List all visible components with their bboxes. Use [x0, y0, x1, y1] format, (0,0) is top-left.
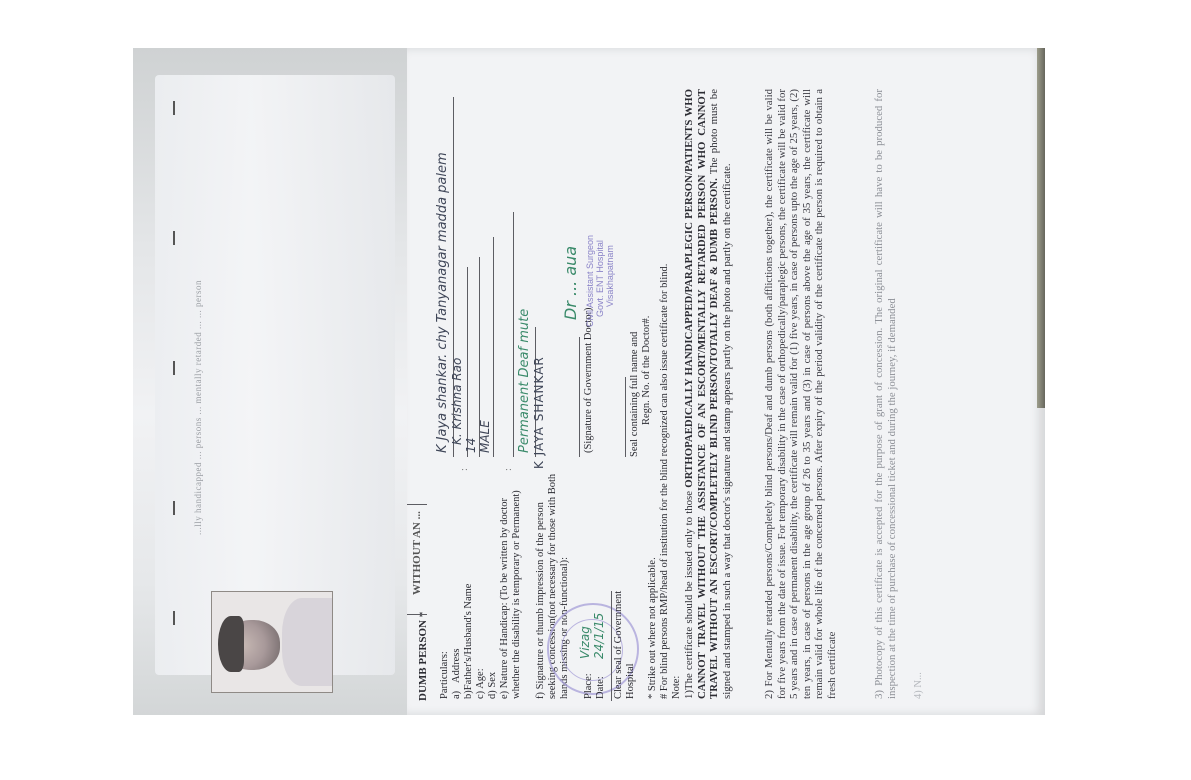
govt-hospital-seal-label: Clear seal of Government Hospital — [613, 569, 637, 699]
field-a-label: a) Address — [451, 649, 463, 699]
date-label: Date: — [595, 676, 607, 699]
field-e-label: e) Nature of Handicap: (To be written by… — [499, 489, 523, 699]
header-divider — [407, 504, 427, 505]
note-label: Note: — [671, 676, 683, 699]
colon: : — [503, 468, 515, 471]
laminated-flap: ...lly handicapped ... persons ... menta… — [133, 48, 413, 715]
sex-line — [493, 237, 494, 457]
photo-shirt — [282, 598, 332, 686]
father-name-line — [467, 267, 468, 457]
particulars-label: Particulars: — [439, 651, 451, 699]
flap-faint-text: ...lly handicapped ... persons ... menta… — [193, 135, 203, 535]
place-label: Place: — [583, 673, 595, 699]
applicant-photo — [211, 591, 333, 693]
note-3: 3) Photocopy of this certificate is acce… — [873, 89, 898, 699]
doctor-signature: Dr ... aua — [565, 246, 577, 320]
fold-mark — [173, 231, 175, 245]
header-dumb-person: DUMB PERSON * — [417, 612, 429, 701]
govt-doctor-signature-label: (Signature of Government Doctor) — [583, 308, 595, 454]
date-line — [611, 591, 612, 701]
seal-line — [625, 377, 626, 457]
signature-value: K JAYA SHANKAR — [533, 356, 545, 469]
nature-line — [513, 212, 514, 457]
handicap-value: Permanent Deaf mute — [519, 309, 531, 453]
doctor-stamp-line-2: Govt. ENT Hospital — [595, 240, 605, 317]
note-2: 2) For Mentally retarded persons/Complet… — [763, 89, 839, 699]
blind-persons-note: # For blind persons RMP/head of institut… — [659, 264, 671, 699]
father-name-value: K. Krishna Rao — [451, 358, 463, 445]
strike-out-note: * Strike out where not applicable. — [647, 557, 659, 699]
colon: : — [459, 468, 471, 471]
doctor-stamp-line-1: Civil Assistant Surgeon — [585, 235, 595, 327]
signature-line — [579, 337, 580, 457]
fold-mark — [173, 501, 175, 515]
photo-hair — [218, 616, 244, 672]
flap-inner — [155, 75, 395, 675]
seal-label-2: Regn. No. of the Doctor#. — [641, 316, 653, 425]
place-value: Vizag — [579, 626, 591, 659]
certificate-page: DUMB PERSON * WITHOUT AN ... Particulars… — [407, 48, 1045, 715]
seal-label-1: Seal containing full name and — [629, 332, 641, 457]
certificate-document: ...lly handicapped ... persons ... menta… — [133, 48, 1045, 715]
field-d-label: d) Sex — [487, 672, 499, 699]
document-photo: ...lly handicapped ... persons ... menta… — [133, 48, 1045, 715]
fold-mark — [173, 101, 175, 115]
note-4-fragment: 4) N... — [913, 672, 925, 699]
sex-value: MALE — [479, 420, 491, 453]
address-value: K Jaya shankar. chy Tanyanagar madda pal… — [437, 152, 449, 453]
table-edge-shadow — [1037, 48, 1045, 408]
fold-mark — [173, 361, 175, 375]
header-divider — [407, 614, 427, 615]
age-value: 14 — [465, 438, 477, 453]
field-c-label: c) Age: — [475, 668, 487, 699]
fold-mark — [173, 611, 175, 625]
header-without-an: WITHOUT AN ... — [411, 511, 423, 595]
doctor-stamp-line-3: Visakhapatnam — [605, 245, 615, 307]
field-b-label: b)Father's/Husband's Name — [463, 584, 475, 699]
note-1: 1)The certificate should be issued only … — [683, 89, 733, 699]
date-value: 24/1/15 — [593, 613, 605, 659]
